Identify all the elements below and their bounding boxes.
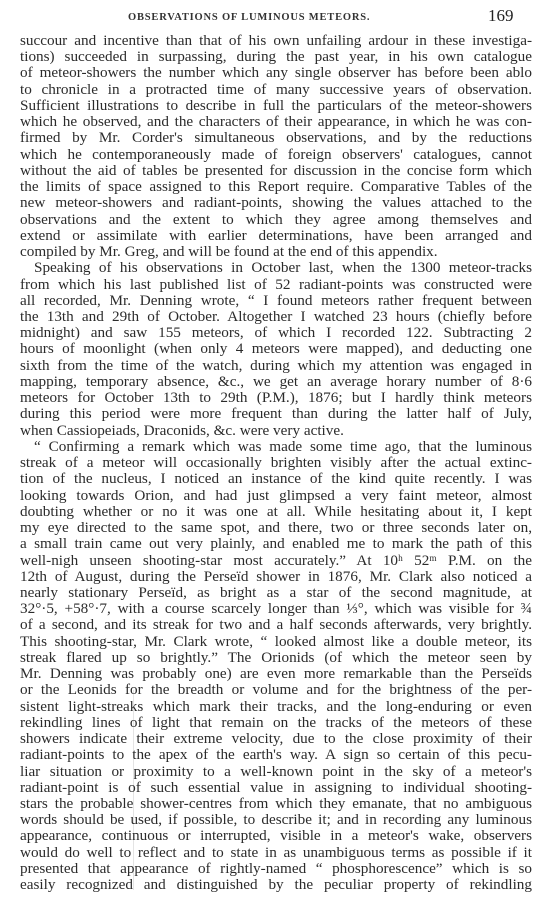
text-line: stars the probable shower-centres from w… — [20, 796, 532, 812]
text-line: during this period were more frequent th… — [20, 406, 532, 422]
text-line: Mr. Denning was probably one) are even m… — [20, 666, 532, 682]
text-line: new meteor-showers and radiant-points, s… — [20, 195, 532, 211]
body-text: succour and incentive than that of his o… — [20, 33, 532, 893]
text-line: well-nigh unseen shooting-star most accu… — [20, 553, 532, 569]
text-line: 32°·5, +58°·7, with a course scarcely lo… — [20, 601, 532, 617]
text-line: presented that appearance of rightly-nam… — [20, 861, 532, 877]
text-line: without the aid of tables be presented f… — [20, 163, 532, 179]
text-line: sixth from the time of the watch, during… — [20, 358, 532, 374]
text-line: a small train came out very plainly, and… — [20, 536, 532, 552]
text-line: midnight) and saw 155 meteors, of which … — [20, 325, 532, 341]
text-line: from which his last published list of 52… — [20, 277, 532, 293]
paragraph-start-line: Speaking of his observations in October … — [20, 260, 532, 276]
text-line: meteors for October 13th to 29th (P.M.),… — [20, 390, 532, 406]
paragraph-start-line: “ Confirming a remark which was made som… — [20, 439, 532, 455]
text-line: mapping, temporary absence, &c., we get … — [20, 374, 532, 390]
text-line: Sufficient illustrations to describe in … — [20, 98, 532, 114]
paragraph-end-line: when Cassiopeiads, Draconids, &c. were v… — [20, 423, 532, 439]
text-line: observations and the extent to which the… — [20, 212, 532, 228]
text-line: streak of a meteor will occasionally bri… — [20, 455, 532, 471]
text-line: tions) succeeded in surpassing, during t… — [20, 49, 532, 65]
text-line: succour and incentive than that of his o… — [20, 33, 532, 49]
text-line: extend or assimilate with earlier determ… — [20, 228, 532, 244]
text-line: of a second, and its streak for two and … — [20, 617, 532, 633]
text-line: the limits of space assigned to this Rep… — [20, 179, 532, 195]
text-line: radiant-point is of such essential value… — [20, 780, 532, 796]
text-line: would do well to reflect and to state in… — [20, 845, 532, 861]
text-line: liar situation or proximity to a well-kn… — [20, 764, 532, 780]
running-title: OBSERVATIONS OF LUMINOUS METEORS. — [128, 12, 370, 23]
text-line: firmed by Mr. Corder's simultaneous obse… — [20, 130, 532, 146]
text-line: words should be used, if possible, to de… — [20, 812, 532, 828]
text-line: which he observed, and the characters of… — [20, 114, 532, 130]
text-line: doubting whether or no it was one at all… — [20, 504, 532, 520]
text-line: all recorded, Mr. Denning wrote, “ I fou… — [20, 293, 532, 309]
text-line: of meteor-showers the number which any s… — [20, 65, 532, 81]
text-line: showers indicate their extreme velocity,… — [20, 731, 532, 747]
text-line: looking towards Orion, and had just glim… — [20, 488, 532, 504]
text-line: streak flared up so brightly.” The Orion… — [20, 650, 532, 666]
text-line: which he contemporaneously made of forei… — [20, 147, 532, 163]
text-line: nearly stationary Perseïd, as bright as … — [20, 585, 532, 601]
text-line: rekindling lines of light that remain on… — [20, 715, 532, 731]
text-line: 12th of August, during the Perseïd showe… — [20, 569, 532, 585]
text-line: tion of the nucleus, I noticed an instan… — [20, 471, 532, 487]
text-line: my eye directed to the same spot, and th… — [20, 520, 532, 536]
paragraph-end-line: compiled by Mr. Greg, and will be found … — [20, 244, 532, 260]
text-line: hours of moonlight (when only 4 meteors … — [20, 341, 532, 357]
page-number: 169 — [488, 6, 514, 26]
text-line: This shooting-star, Mr. Clark wrote, “ l… — [20, 634, 532, 650]
text-line: radiant-points to the apex of the earth'… — [20, 747, 532, 763]
document-page: OBSERVATIONS OF LUMINOUS METEORS. 169 su… — [0, 0, 550, 900]
text-line: or the Leonids for the breadth or volume… — [20, 682, 532, 698]
text-line: to chronicle in a protracted time of man… — [20, 82, 532, 98]
text-line: sistent light-streaks which mark their t… — [20, 699, 532, 715]
text-line: appearance, continuous or interrupted, v… — [20, 828, 532, 844]
running-head: OBSERVATIONS OF LUMINOUS METEORS. 169 — [0, 6, 550, 28]
text-line: easily recognized and distinguished by t… — [20, 877, 532, 893]
text-line: the 13th and 29th of October. Altogether… — [20, 309, 532, 325]
